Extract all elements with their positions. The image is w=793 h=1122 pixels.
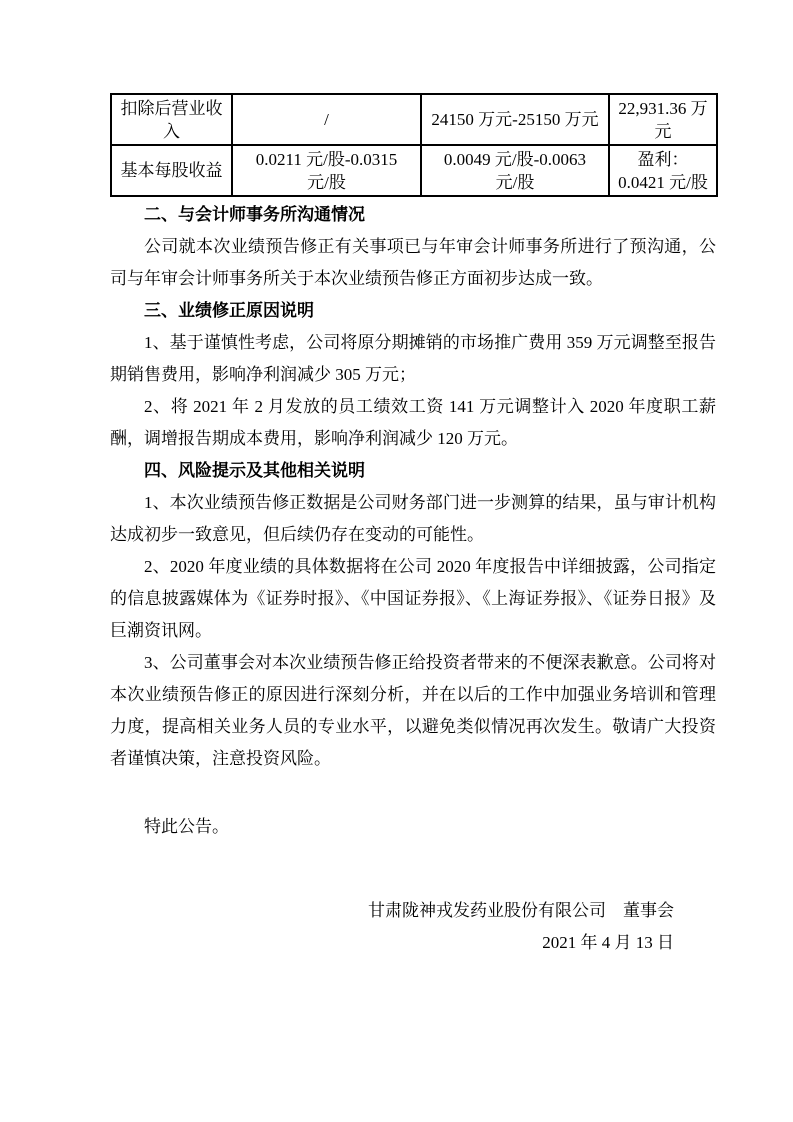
paragraph: 2、2020 年度业绩的具体数据将在公司 2020 年度报告中详细披露，公司指定…: [110, 551, 716, 647]
document-body: 二、与会计师事务所沟通情况公司就本次业绩预告修正有关事项已与年审会计师事务所进行…: [110, 199, 716, 843]
section-heading: 四、风险提示及其他相关说明: [110, 455, 716, 487]
row-label-cell: 基本每股收益: [111, 145, 232, 196]
value-cell: /: [232, 94, 421, 145]
signature-block: 甘肃陇神戎发药业股份有限公司 董事会 2021 年 4 月 13 日: [110, 895, 716, 959]
value-cell: 0.0049 元/股-0.0063 元/股: [421, 145, 609, 196]
value-cell: 22,931.36 万 元: [609, 94, 717, 145]
paragraph: 1、本次业绩预告修正数据是公司财务部门进一步测算的结果，虽与审计机构达成初步一致…: [110, 487, 716, 551]
paragraph: 3、公司董事会对本次业绩预告修正给投资者带来的不便深表歉意。公司将对本次业绩预告…: [110, 647, 716, 775]
document-content: 扣除后营业收 入/24150 万元-25150 万元22,931.36 万 元基…: [110, 93, 716, 959]
performance-table-body: 扣除后营业收 入/24150 万元-25150 万元22,931.36 万 元基…: [111, 94, 717, 196]
signature-date: 2021 年 4 月 13 日: [110, 927, 674, 959]
row-label-cell: 扣除后营业收 入: [111, 94, 232, 145]
paragraph: 公司就本次业绩预告修正有关事项已与年审会计师事务所进行了预沟通，公司与年审会计师…: [110, 231, 716, 295]
table-row: 基本每股收益0.0211 元/股-0.0315 元/股0.0049 元/股-0.…: [111, 145, 717, 196]
document-page: 扣除后营业收 入/24150 万元-25150 万元22,931.36 万 元基…: [0, 0, 793, 1122]
table-row: 扣除后营业收 入/24150 万元-25150 万元22,931.36 万 元: [111, 94, 717, 145]
value-cell: 0.0211 元/股-0.0315 元/股: [232, 145, 421, 196]
section-heading: 三、业绩修正原因说明: [110, 295, 716, 327]
paragraph: 2、将 2021 年 2 月发放的员工绩效工资 141 万元调整计入 2020 …: [110, 391, 716, 455]
value-cell: 24150 万元-25150 万元: [421, 94, 609, 145]
performance-table: 扣除后营业收 入/24150 万元-25150 万元22,931.36 万 元基…: [110, 93, 718, 197]
closing-note: 特此公告。: [110, 811, 716, 843]
section-heading: 二、与会计师事务所沟通情况: [110, 199, 716, 231]
signature-company: 甘肃陇神戎发药业股份有限公司 董事会: [110, 895, 674, 927]
paragraph: 1、基于谨慎性考虑，公司将原分期摊销的市场推广费用 359 万元调整至报告期销售…: [110, 327, 716, 391]
value-cell: 盈利： 0.0421 元/股: [609, 145, 717, 196]
